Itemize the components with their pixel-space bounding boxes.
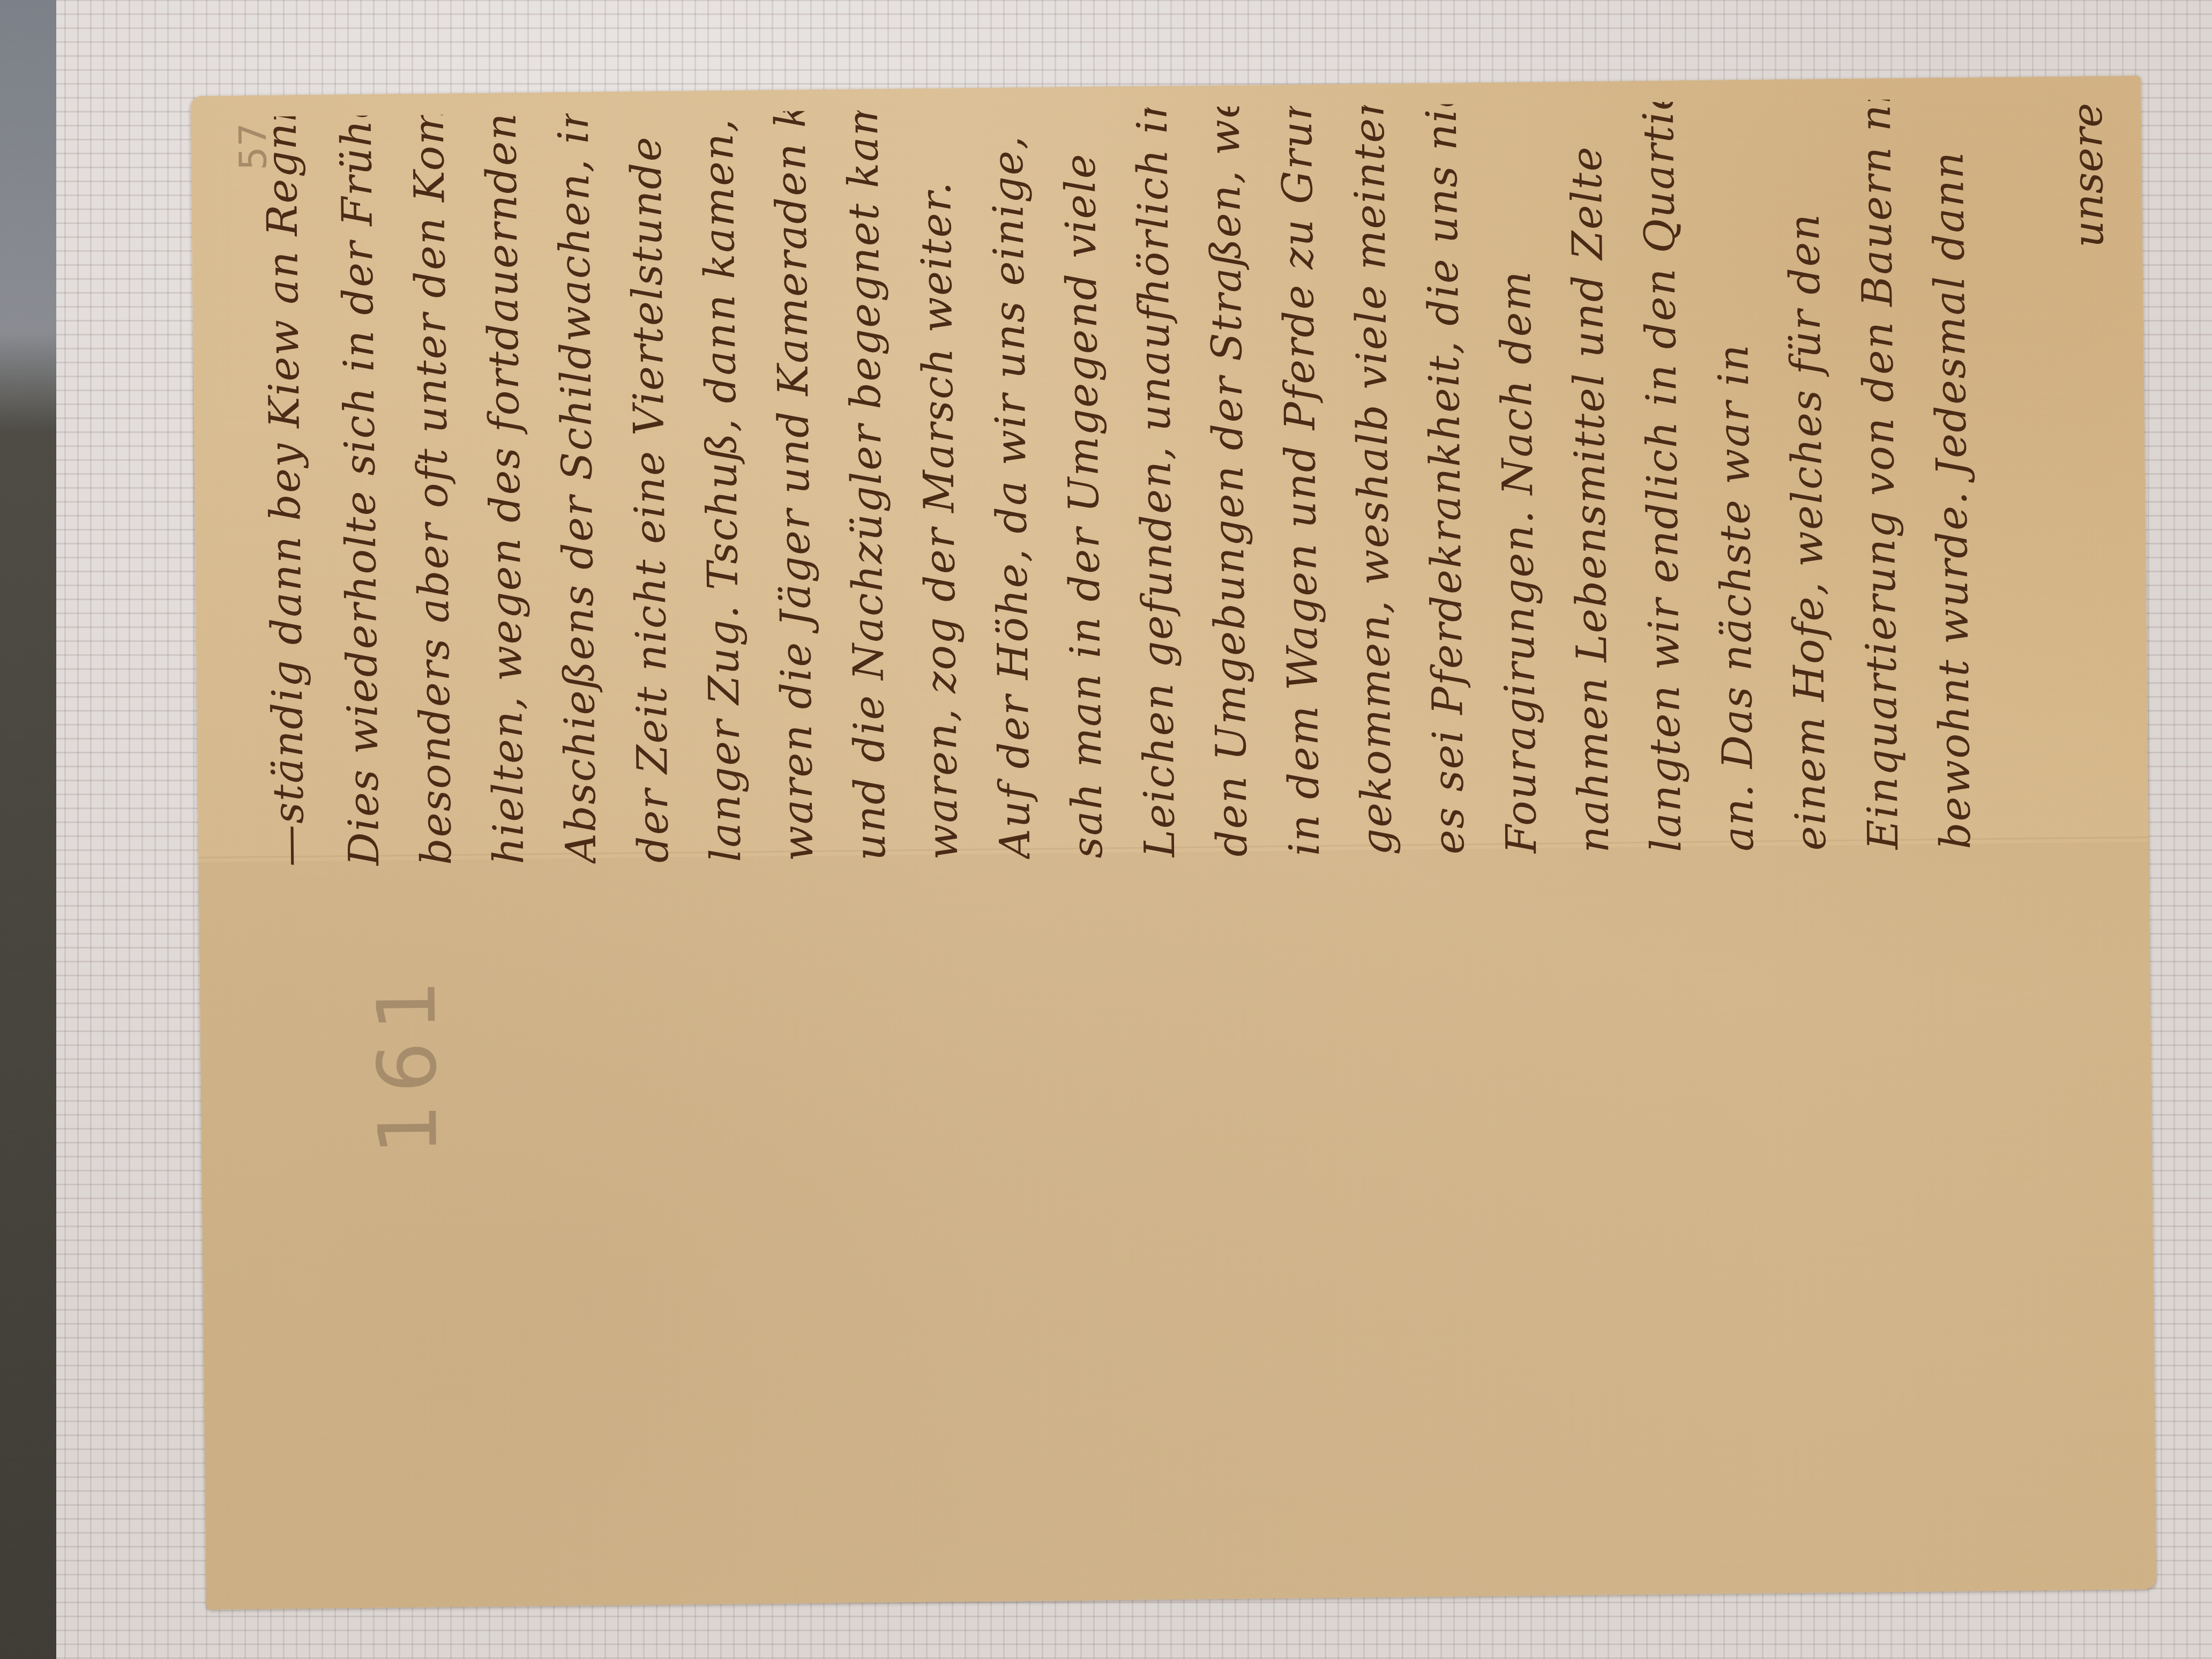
text-line: sah man in der Umgegend viele bbox=[1048, 108, 1120, 858]
text-line: in dem Wagen und Pferde zu Grunde bbox=[1265, 106, 1337, 856]
text-line: Einquartierung von den Bauern nicht bbox=[1844, 100, 1916, 850]
text-line: Dies wiederholte sich in der Frühe, bbox=[325, 115, 397, 866]
text-line: der Zeit nicht eine Viertelstunde bbox=[614, 113, 686, 863]
text-line: langten wir endlich in den Quartieren bbox=[1627, 102, 1699, 853]
text-line: Fouragirungen. Nach dem bbox=[1482, 103, 1555, 854]
text-line: an. Das nächste war in bbox=[1699, 101, 1772, 851]
text-line: langer Zug. Tschuß, dann kamen, und bbox=[686, 111, 759, 862]
text-line: den Umgebungen der Straßen, welche bbox=[1193, 106, 1265, 857]
text-line: Auf der Höhe, da wir uns einige, bbox=[976, 109, 1048, 860]
text-line: bewohnt wurde. Jedesmal dann bbox=[1916, 99, 1989, 849]
text-line: waren, zog der Marsch weiter. bbox=[903, 109, 976, 860]
text-line: Abschießens der Schildwachen, in der bbox=[542, 113, 614, 864]
text-line: nahmen Lebensmittel und Zelte bbox=[1555, 102, 1627, 853]
text-line: waren die Jäger und Kameraden kommen bbox=[759, 111, 831, 862]
text-line: hielten, wegen des fortdauernden bbox=[469, 114, 542, 864]
blank-lower-half bbox=[198, 842, 2156, 1610]
manuscript-page: 57 161 —ständig dann bey Kiew an Regnitz… bbox=[190, 76, 2156, 1610]
archive-number: 161 bbox=[360, 969, 455, 1155]
catchword: unsere bbox=[2064, 102, 2113, 248]
text-line: —ständig dann bey Kiew an Regnitz. bbox=[250, 116, 322, 867]
text-line: Leichen gefunden, unaufhörlich in bbox=[1120, 107, 1193, 858]
handwritten-text-block: —ständig dann bey Kiew an Regnitz. Dies … bbox=[314, 98, 2090, 866]
text-line: besonders aber oft unter den Kompagnien bbox=[397, 115, 469, 865]
text-line: einem Hofe, welches für den bbox=[1772, 100, 1844, 851]
text-line: gekommen, weshalb viele meinten, bbox=[1337, 104, 1410, 855]
text-line: es sei Pferdekrankheit, die uns nicht bbox=[1410, 104, 1482, 855]
text-line: und die Nachzügler begegnet kamen bbox=[831, 110, 903, 861]
left-edge-object bbox=[0, 0, 56, 1659]
